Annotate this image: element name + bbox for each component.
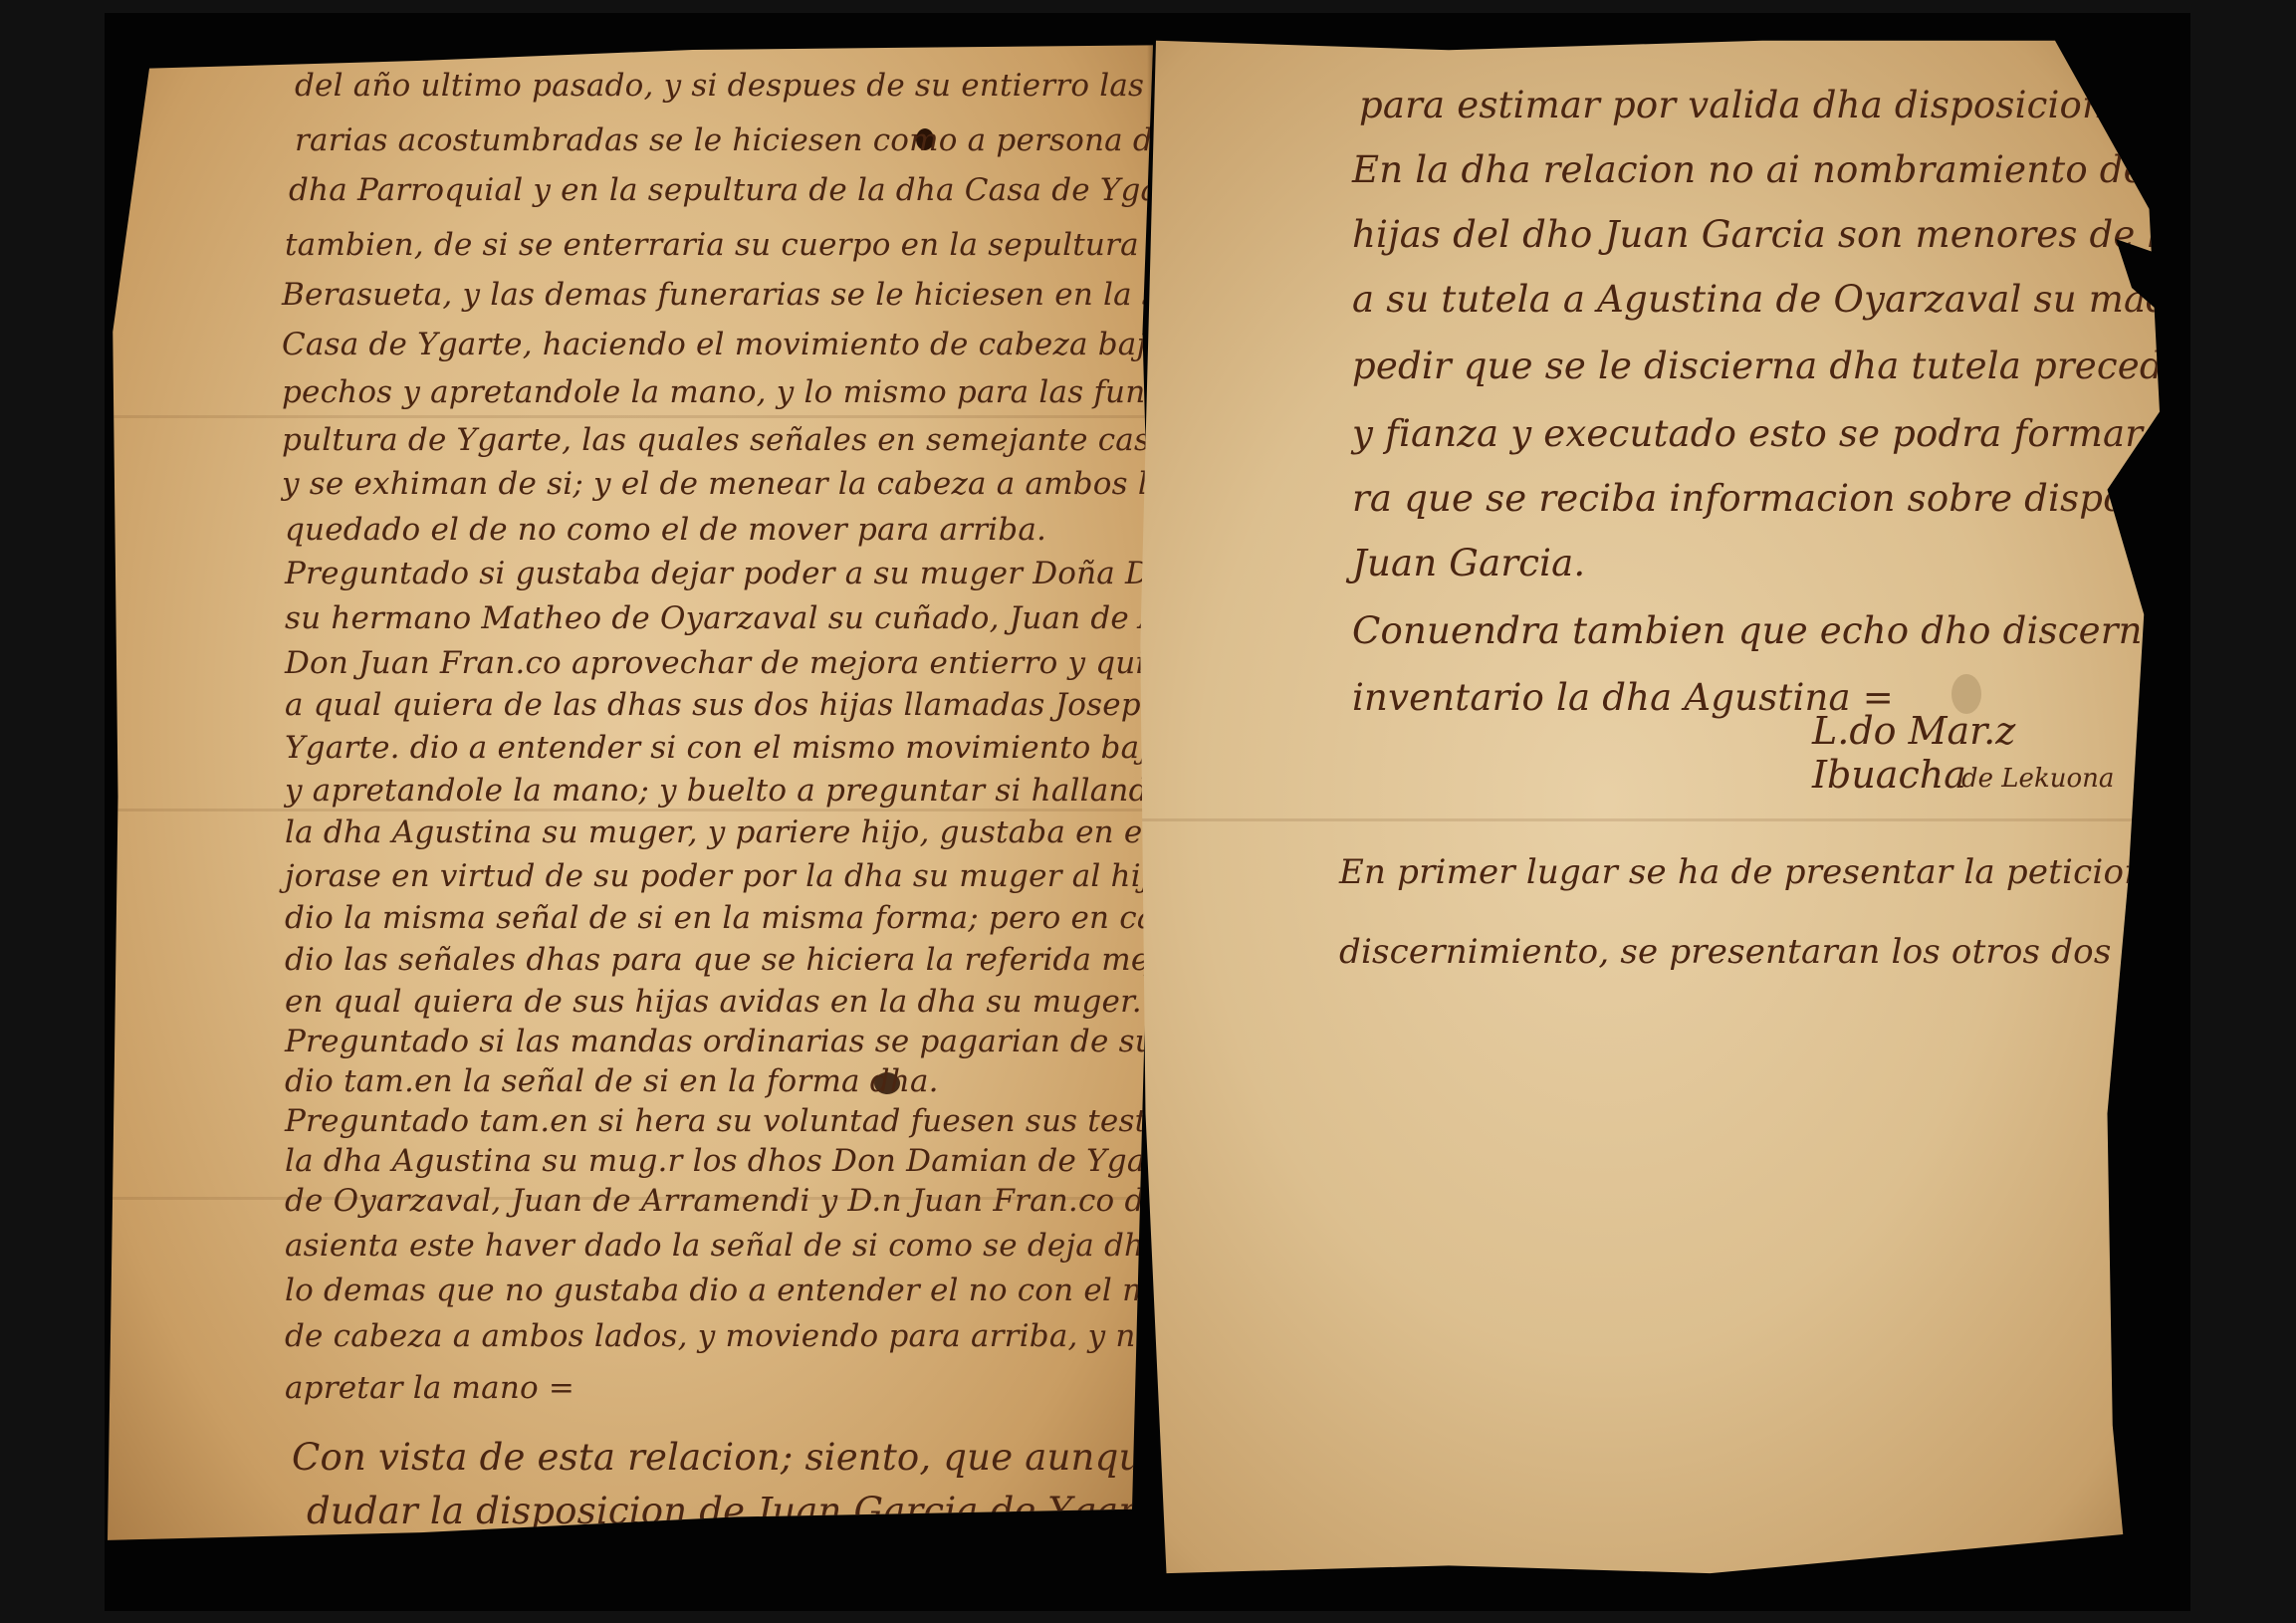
manuscript-line: a su tutela a Agustina de Oyarzaval su m… <box>1352 276 2181 324</box>
manuscript-line: Juan Garcia. <box>1352 540 1585 587</box>
manuscript-line: jorase en virtud de su poder por la dha … <box>285 852 1153 900</box>
manuscript-line: dha Parroquial y en la sepultura de la d… <box>289 166 1153 214</box>
manuscript-line: rarias acostumbradas se le hiciesen como… <box>295 116 1153 164</box>
left-page: del año ultimo pasado, y si despues de s… <box>108 22 1153 1571</box>
signature-subline: de Lekuona <box>1961 764 2114 794</box>
manuscript-line: la dha Agustina su muger, y pariere hijo… <box>285 809 1153 856</box>
manuscript-line: apretar la mano = <box>285 1364 574 1412</box>
paper-fold <box>1135 818 2181 821</box>
manuscript-line: Conuendra tambien que echo dho discernim… <box>1352 607 2181 655</box>
manuscript-line: de Oyarzaval, Juan de Arramendi y D.n Ju… <box>285 1177 1153 1225</box>
manuscript-line: discernimiento, se presentaran los otros… <box>1339 928 2181 976</box>
manuscript-line: quedado el de no como el de mover para a… <box>285 506 1046 554</box>
manuscript-line: En la dha relacion no ai nombramiento de… <box>1352 146 2181 194</box>
manuscript-line: del año ultimo pasado, y si despues de s… <box>295 62 1153 110</box>
manuscript-line: Don Juan Fran.co aprovechar de mejora en… <box>285 639 1153 687</box>
manuscript-line: y apretandole la mano; y buelto a pregun… <box>285 767 1153 814</box>
manuscript-line: Berasueta, y las demas funerarias se le … <box>282 271 1153 319</box>
manuscript-line: de cabeza a ambos lados, y moviendo para… <box>285 1312 1153 1360</box>
document-viewer: del año ultimo pasado, y si despues de s… <box>0 0 2296 1623</box>
manuscript-line: Casa de Ygarte, haciendo el movimiento d… <box>282 321 1153 368</box>
manuscript-line: pechos y apretandole la mano, y lo mismo… <box>282 368 1153 416</box>
right-page: para estimar por valida dha disposicion.… <box>1135 22 2181 1581</box>
manuscript-line-closing: Con vista de esta relacion; siento, que … <box>292 1434 1153 1482</box>
manuscript-line: En primer lugar se ha de presentar la pe… <box>1339 848 2181 896</box>
manuscript-line: tambien, de si se enterraria su cuerpo e… <box>285 221 1153 269</box>
manuscript-line: dio la misma señal de si en la misma for… <box>285 894 1153 942</box>
manuscript-line: ra que se reciba informacion sobre dispo… <box>1352 475 2181 523</box>
manuscript-line: pedir que se le discierna dha tutela pre… <box>1352 343 2181 390</box>
manuscript-line: y se exhiman de si; y el de menear la ca… <box>282 460 1153 508</box>
manuscript-line: lo demas que no gustaba dio a entender e… <box>285 1267 1153 1314</box>
manuscript-line: dio las señales dhas para que se hiciera… <box>285 936 1153 984</box>
manuscript-line: y fianza y executado esto se podra forma… <box>1352 410 2181 458</box>
manuscript-line: Ygarte. dio a entender si con el mismo m… <box>285 724 1153 772</box>
manuscript-line: hijas del dho Juan Garcia son menores de… <box>1352 211 2181 259</box>
manuscript-line: Preguntado si gustaba dejar poder a su m… <box>285 550 1153 597</box>
manuscript-line: para estimar por valida dha disposicion. <box>1359 82 2118 129</box>
manuscript-line: asienta este haver dado la señal de si c… <box>285 1222 1153 1270</box>
manuscript-line: pultura de Ygarte, las quales señales en… <box>282 416 1153 464</box>
manuscript-line: su hermano Matheo de Oyarzaval su cuñado… <box>285 594 1153 642</box>
manuscript-line: a qual quiera de las dhas sus dos hijas … <box>285 681 1153 729</box>
paper-stain <box>1952 674 1981 714</box>
